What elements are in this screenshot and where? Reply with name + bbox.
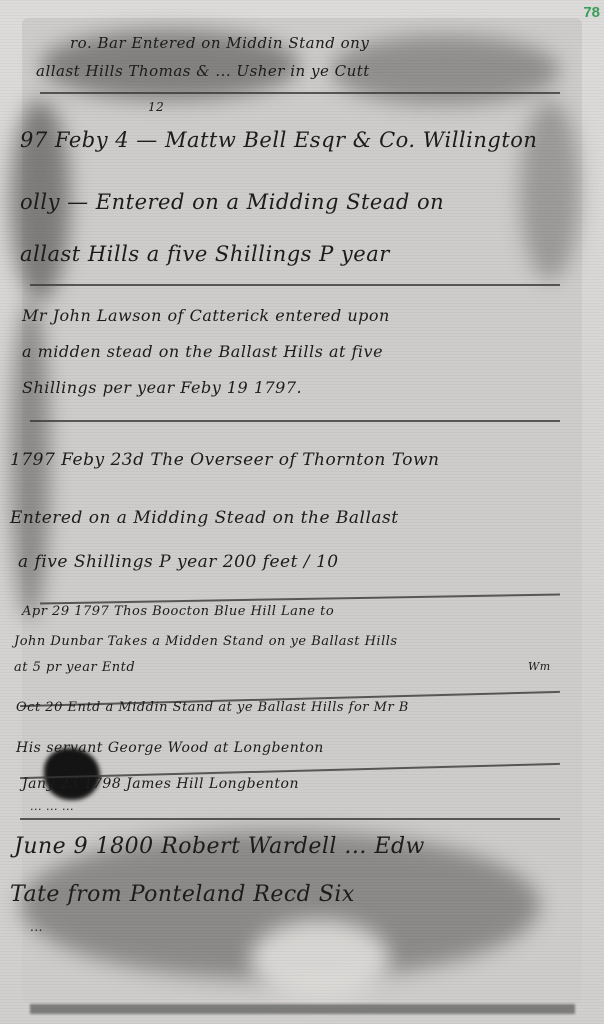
entry-line: June 9 1800 Robert Wardell ... Edw <box>14 834 425 859</box>
entry-line: Entered on a Midding Stead on the Ballas… <box>10 508 399 528</box>
entry-line: 97 Feby 4 — Mattw Bell Esqr & Co. Willin… <box>20 128 537 152</box>
entry-line: 12 <box>148 100 164 114</box>
entry-line: Wm <box>528 660 551 673</box>
page-bottom-edge <box>30 1004 575 1014</box>
entry-line: ... ... ... <box>30 800 74 813</box>
divider <box>20 818 560 820</box>
entry-line: allast Hills Thomas & ... Usher in ye Cu… <box>36 62 370 80</box>
light-patch <box>250 920 390 1000</box>
entry-line: a midden stead on the Ballast Hills at f… <box>22 342 383 361</box>
entry-line: allast Hills a five Shillings P year <box>20 242 390 266</box>
entry-line: Oct 20 Entd a Middin Stand at ye Ballast… <box>16 700 409 715</box>
page-number: 78 <box>583 4 600 21</box>
entry-line: ... <box>30 920 43 934</box>
divider <box>30 420 560 422</box>
smudge <box>520 100 580 280</box>
entry-line: ro. Bar Entered on Middin Stand ony <box>70 34 369 52</box>
entry-line: Apr 29 1797 Thos Boocton Blue Hill Lane … <box>22 604 334 619</box>
divider <box>40 92 560 94</box>
entry-line: Mr John Lawson of Catterick entered upon <box>22 306 390 325</box>
divider <box>30 284 560 286</box>
entry-line: John Dunbar Takes a Midden Stand on ye B… <box>14 634 398 649</box>
entry-line: Jany 23 1798 James Hill Longbenton <box>22 776 299 792</box>
entry-line: a five Shillings P year 200 feet / 10 <box>18 552 339 572</box>
entry-line: at 5 pr year Entd <box>14 660 135 675</box>
entry-line: olly — Entered on a Midding Stead on <box>20 190 444 214</box>
entry-line: 1797 Feby 23d The Overseer of Thornton T… <box>10 450 439 470</box>
entry-line: Tate from Ponteland Recd Six <box>10 882 355 907</box>
entry-line: His servant George Wood at Longbenton <box>16 740 324 756</box>
document-page: ro. Bar Entered on Middin Stand ony alla… <box>0 0 604 1024</box>
entry-line: Shillings per year Feby 19 1797. <box>22 378 302 397</box>
